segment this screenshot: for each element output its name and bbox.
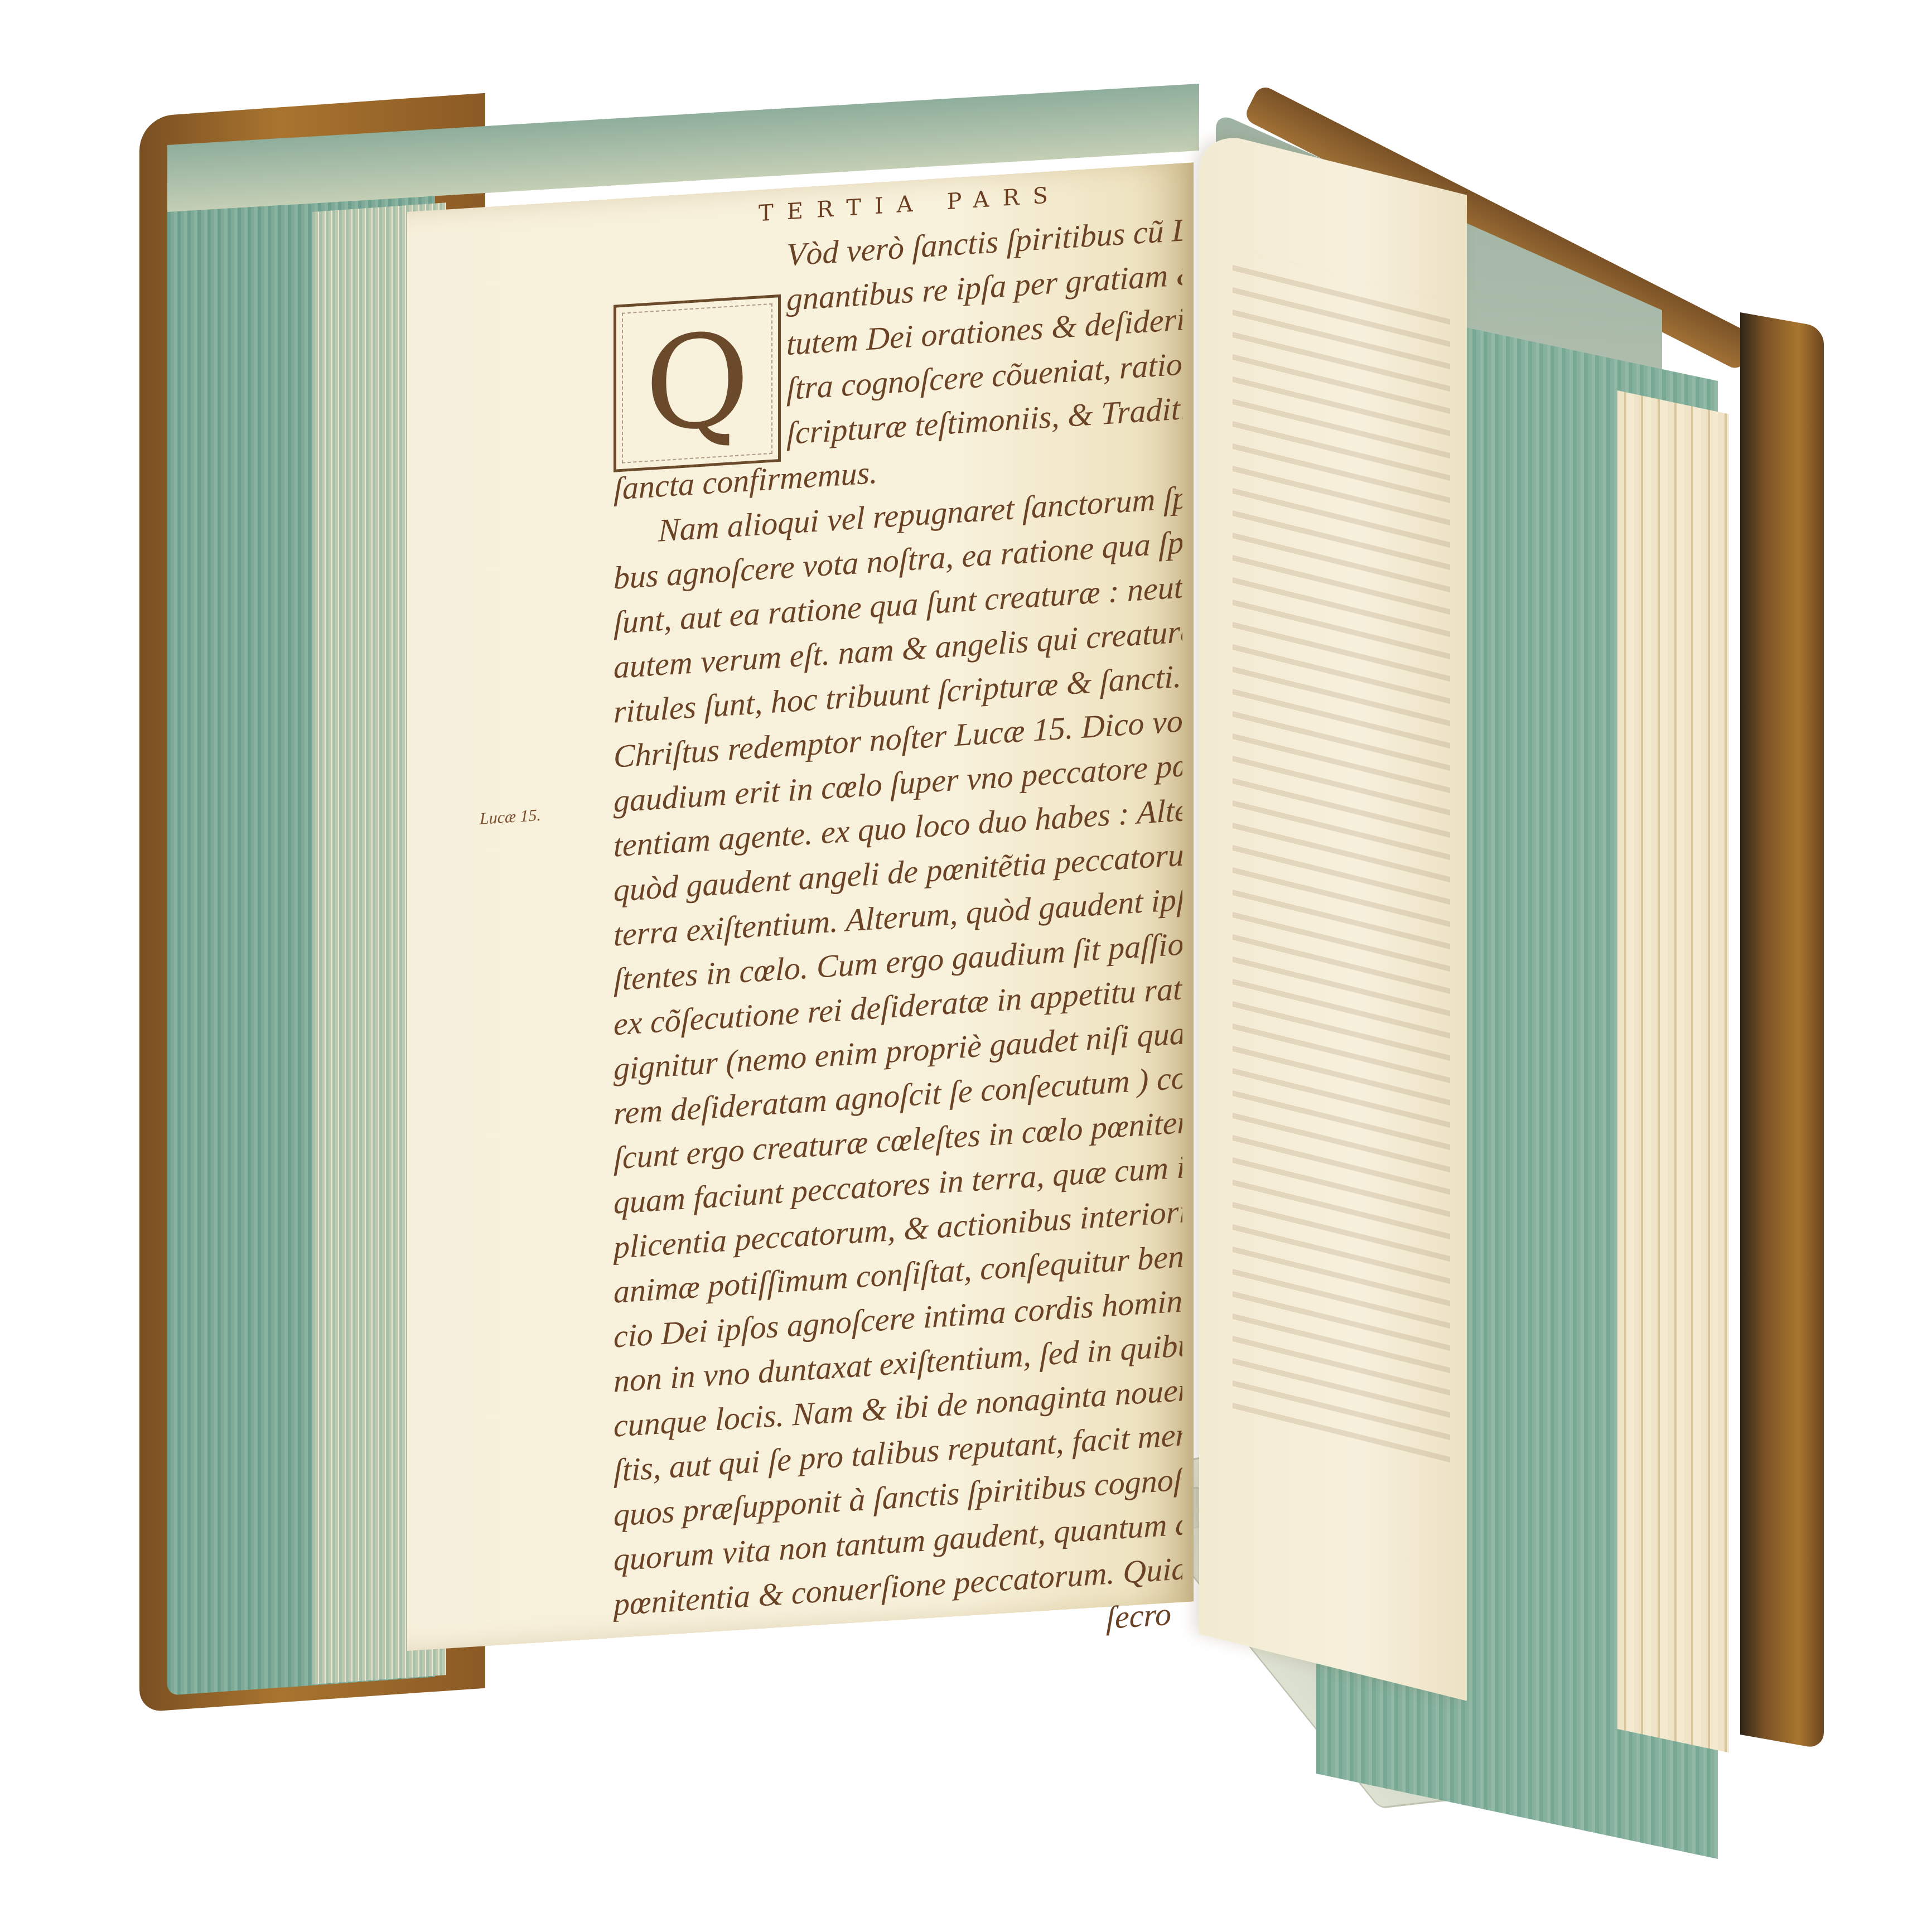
marginal-note: Lucæ 15. [480,806,541,829]
show-through-text [1233,248,1450,1474]
left-page: TERTIA PARS Q Vòd verò ſanctis ſpiritibu… [407,162,1194,1651]
page-stack-right [1617,390,1729,1753]
body-text: Vòd verò ſanctis ſpiritibus cũ Deo re- g… [614,208,1182,1672]
book-photo-scene: TERTIA PARS Q Vòd verò ſanctis ſpiritibu… [0,0,1932,1932]
front-cover-leather [1740,312,1824,1749]
raised-right-page[interactable] [1199,128,1467,1701]
